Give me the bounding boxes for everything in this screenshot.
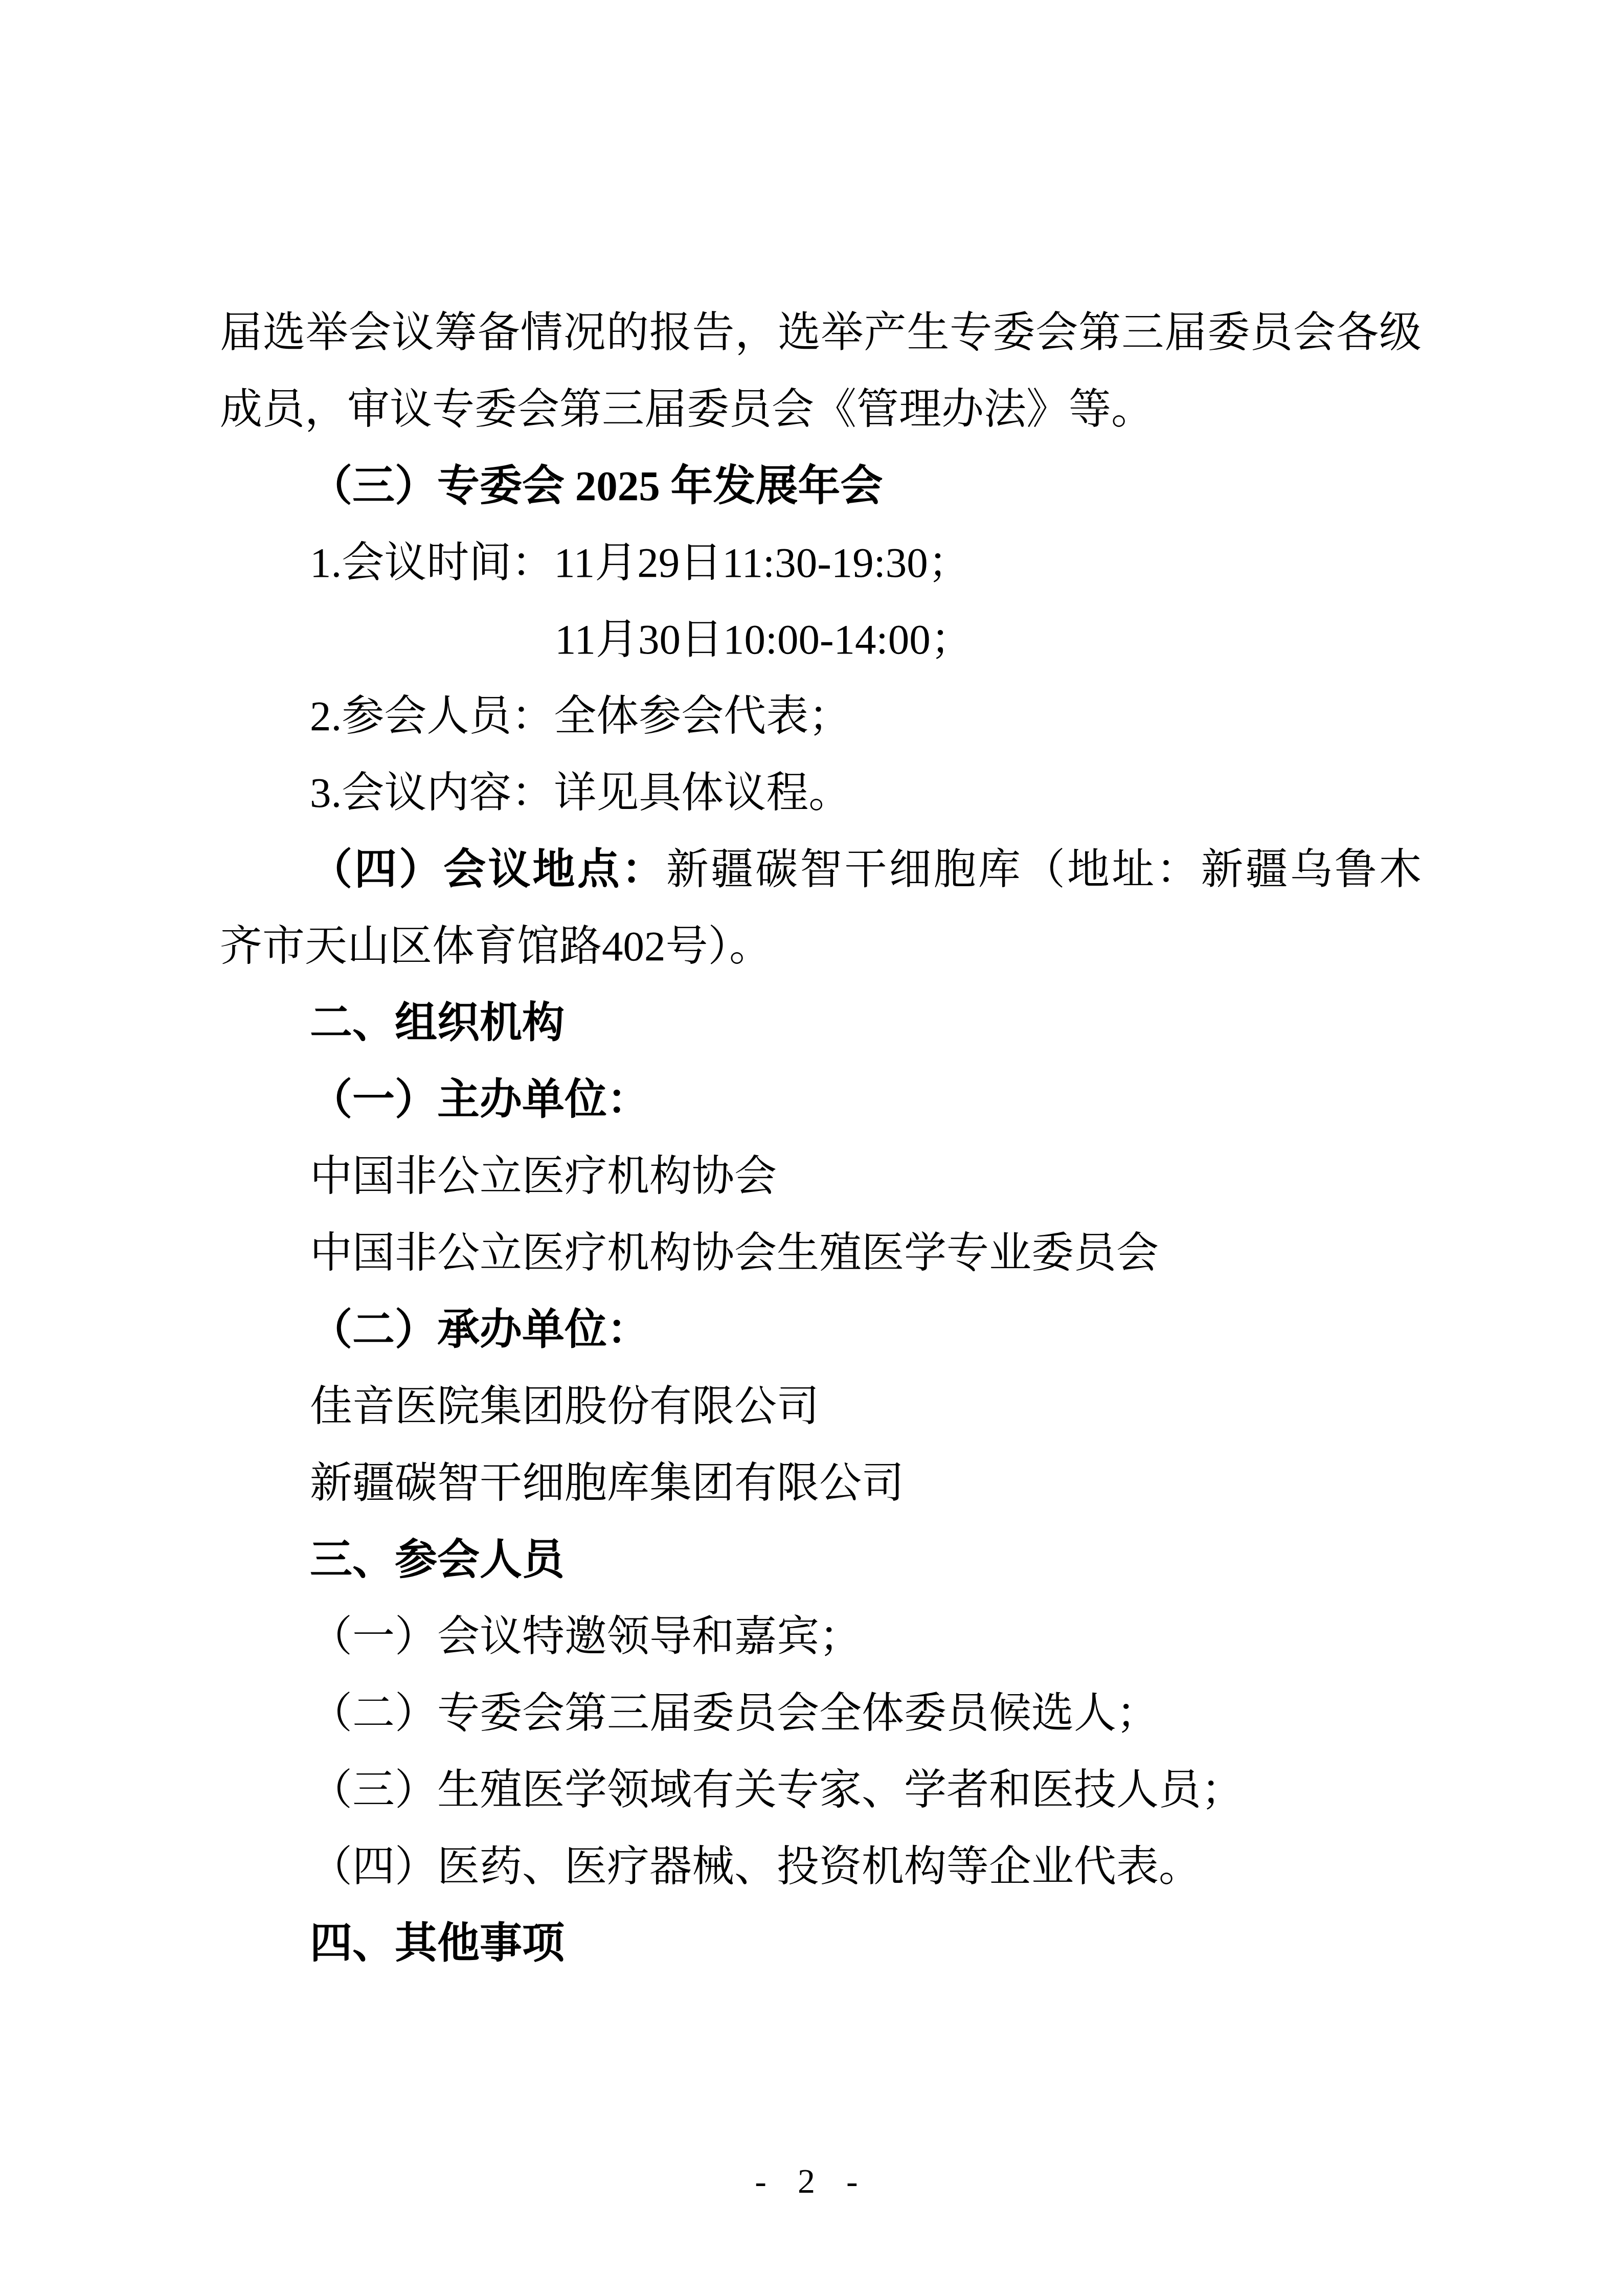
body-text: 2.参会人员：全体参会代表； xyxy=(310,692,851,739)
numbered-item-line: 2.参会人员：全体参会代表； xyxy=(220,678,1422,754)
body-text: 中国非公立医疗机构协会生殖医学专业委员会 xyxy=(310,1229,1159,1276)
body-text: 中国非公立医疗机构协会 xyxy=(310,1153,777,1200)
body-text: （一）会议特邀领导和嘉宾； xyxy=(310,1613,862,1660)
section-heading-line: 三、参会人员 xyxy=(220,1521,1422,1598)
section-heading-line: 二、组织机构 xyxy=(220,984,1422,1061)
section-heading: 四、其他事项 xyxy=(310,1919,565,1967)
org-name-line: 中国非公立医疗机构协会 xyxy=(220,1138,1422,1214)
list-item-line: （一）会议特邀领导和嘉宾； xyxy=(220,1598,1422,1675)
org-name-line: 中国非公立医疗机构协会生殖医学专业委员会 xyxy=(220,1214,1422,1291)
bracket-heading-line: （四）会议地点：新疆碳智干细胞库（地址：新疆乌鲁木 xyxy=(220,831,1422,908)
continuation-line: 成员，审议专委会第三届委员会《管理办法》等。 xyxy=(220,371,1422,447)
body-text: （三）生殖医学领域有关专家、学者和医技人员； xyxy=(310,1766,1244,1813)
continuation-line: 届选举会议筹备情况的报告，选举产生专委会第三届委员会各级 xyxy=(220,294,1422,371)
body-text: 1.会议时间：11月29日11:30-19:30； xyxy=(310,539,971,586)
body-text: （二）专委会第三届委员会全体委员候选人； xyxy=(310,1690,1159,1737)
kaiti-heading-label: （四）会议地点： xyxy=(310,846,666,893)
body-text: 成员，审议专委会第三届委员会《管理办法》等。 xyxy=(220,386,1154,433)
page-footer: - 2 - xyxy=(0,2145,1624,2217)
body-text: 届选举会议筹备情况的报告，选举产生专委会第三届委员会各级 xyxy=(220,309,1422,356)
continuation-line: 齐市天山区体育馆路402号）。 xyxy=(220,908,1422,984)
time-continuation-line: 11月30日10:00-14:00； xyxy=(220,601,1422,678)
sub-section-heading-line: （一）主办单位： xyxy=(220,1061,1422,1138)
numbered-item-line: 1.会议时间：11月29日11:30-19:30； xyxy=(220,524,1422,601)
kaiti-heading-label: （三）专委会 2025 年发展年会 xyxy=(310,462,883,509)
body-text: 佳音医院集团股份有限公司 xyxy=(310,1383,819,1430)
list-item-line: （三）生殖医学领域有关专家、学者和医技人员； xyxy=(220,1751,1422,1828)
section-heading: 二、组织机构 xyxy=(310,999,565,1046)
body-text: 齐市天山区体育馆路402号）。 xyxy=(220,922,772,970)
org-name-line: 新疆碳智干细胞库集团有限公司 xyxy=(220,1445,1422,1521)
list-item-line: （四）医药、医疗器械、投资机构等企业代表。 xyxy=(220,1828,1422,1905)
bracket-heading-line: （三）专委会 2025 年发展年会 xyxy=(220,447,1422,524)
body-text: （四）医药、医疗器械、投资机构等企业代表。 xyxy=(310,1843,1201,1890)
kaiti-heading-label: （一）主办单位： xyxy=(310,1076,649,1123)
section-heading: 三、参会人员 xyxy=(310,1536,565,1583)
list-item-line: （二）专委会第三届委员会全体委员候选人； xyxy=(220,1675,1422,1751)
sub-section-heading-line: （二）承办单位： xyxy=(220,1291,1422,1368)
body-text: 3.会议内容：详见具体议程。 xyxy=(310,769,851,816)
body-text: 新疆碳智干细胞库集团有限公司 xyxy=(310,1459,904,1506)
page-number: - 2 - xyxy=(755,2162,869,2200)
numbered-item-line: 3.会议内容：详见具体议程。 xyxy=(220,754,1422,831)
kaiti-heading-label: （二）承办单位： xyxy=(310,1306,649,1353)
body-text: 新疆碳智干细胞库（地址：新疆乌鲁木 xyxy=(666,846,1422,893)
section-heading-line: 四、其他事项 xyxy=(220,1905,1422,1982)
org-name-line: 佳音医院集团股份有限公司 xyxy=(220,1368,1422,1445)
document-body: 届选举会议筹备情况的报告，选举产生专委会第三届委员会各级 成员，审议专委会第三届… xyxy=(220,294,1422,1982)
body-text: 11月30日10:00-14:00； xyxy=(555,616,973,663)
document-page: 届选举会议筹备情况的报告，选举产生专委会第三届委员会各级 成员，审议专委会第三届… xyxy=(0,0,1624,2296)
